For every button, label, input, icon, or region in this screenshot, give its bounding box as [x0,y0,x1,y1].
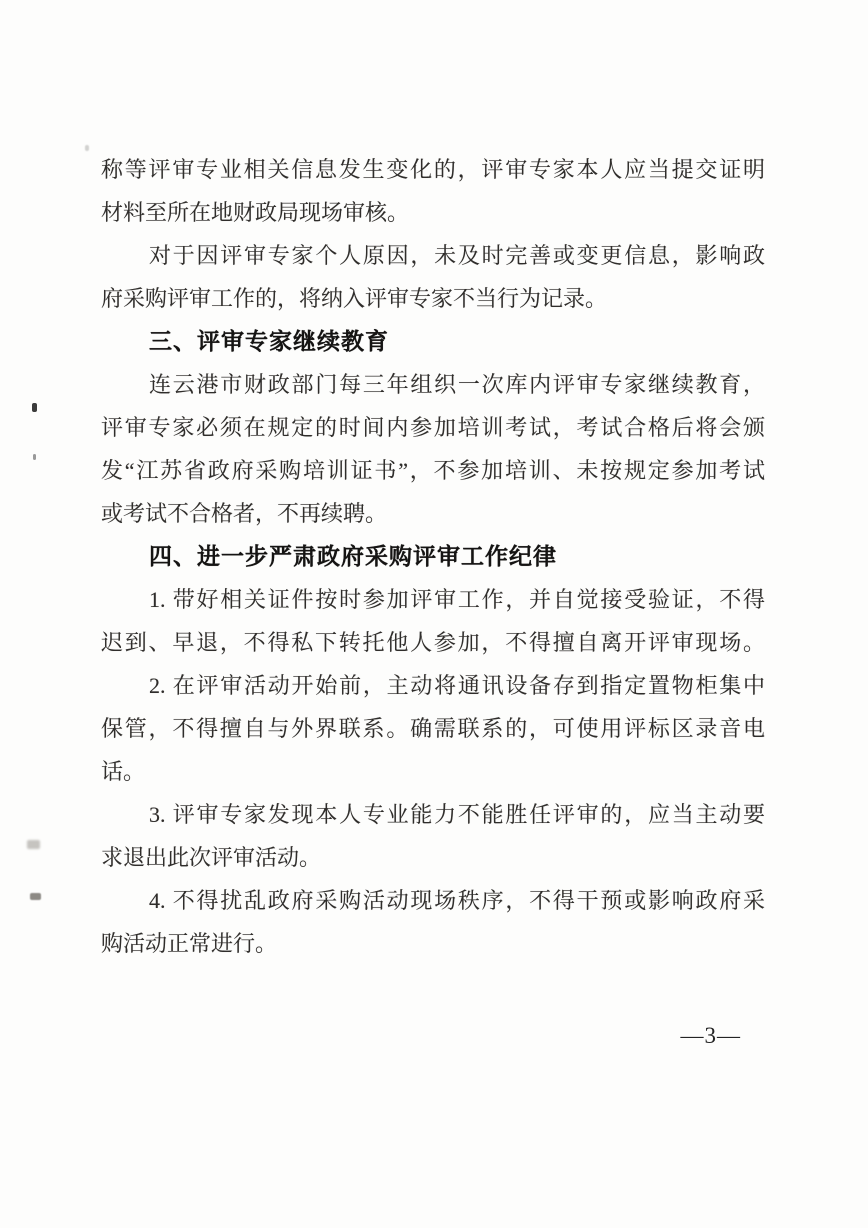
body-line: 评审专家必须在规定的时间内参加培训考试，考试合格后将会颁 [101,406,765,449]
numbered-item-4: 4. 不得扰乱政府采购活动现场秩序，不得干预或影响政府采 [101,879,765,922]
body-line: 材料至所在地财政局现场审核。 [101,191,765,234]
body-line: 求退出此次评审活动。 [101,836,765,879]
body-line: 发“江苏省政府采购培训证书”，不参加培训、未按规定参加考试 [101,449,765,492]
body-line: 称等评审专业相关信息发生变化的，评审专家本人应当提交证明 [101,148,765,191]
scan-artifact [30,893,41,900]
scan-artifact [27,840,40,849]
page-number: —3— [101,1016,741,1056]
body-line: 府采购评审工作的，将纳入评审专家不当行为记录。 [101,277,765,320]
scan-artifact [85,145,89,151]
body-line: 保管，不得擅自与外界联系。确需联系的，可使用评标区录音电 [101,707,765,750]
body-line: 对于因评审专家个人原因，未及时完善或变更信息，影响政 [101,234,765,277]
section-heading-4: 四、进一步严肃政府采购评审工作纪律 [101,535,765,578]
scan-artifact [32,403,37,412]
numbered-item-1: 1. 带好相关证件按时参加评审工作，并自觉接受验证，不得 [101,578,765,621]
body-line: 连云港市财政部门每三年组织一次库内评审专家继续教育， [101,363,765,406]
numbered-item-2: 2. 在评审活动开始前，主动将通讯设备存到指定置物柜集中 [101,664,765,707]
document-body: 称等评审专业相关信息发生变化的，评审专家本人应当提交证明 材料至所在地财政局现场… [101,148,765,965]
scan-artifact [33,454,36,460]
body-line: 话。 [101,750,765,793]
body-line: 购活动正常进行。 [101,922,765,965]
section-heading-3: 三、评审专家继续教育 [101,320,765,363]
document-page: 称等评审专业相关信息发生变化的，评审专家本人应当提交证明 材料至所在地财政局现场… [0,0,868,1228]
numbered-item-3: 3. 评审专家发现本人专业能力不能胜任评审的，应当主动要 [101,793,765,836]
body-line: 迟到、早退，不得私下转托他人参加，不得擅自离开评审现场。 [101,621,765,664]
body-line: 或考试不合格者，不再续聘。 [101,492,765,535]
